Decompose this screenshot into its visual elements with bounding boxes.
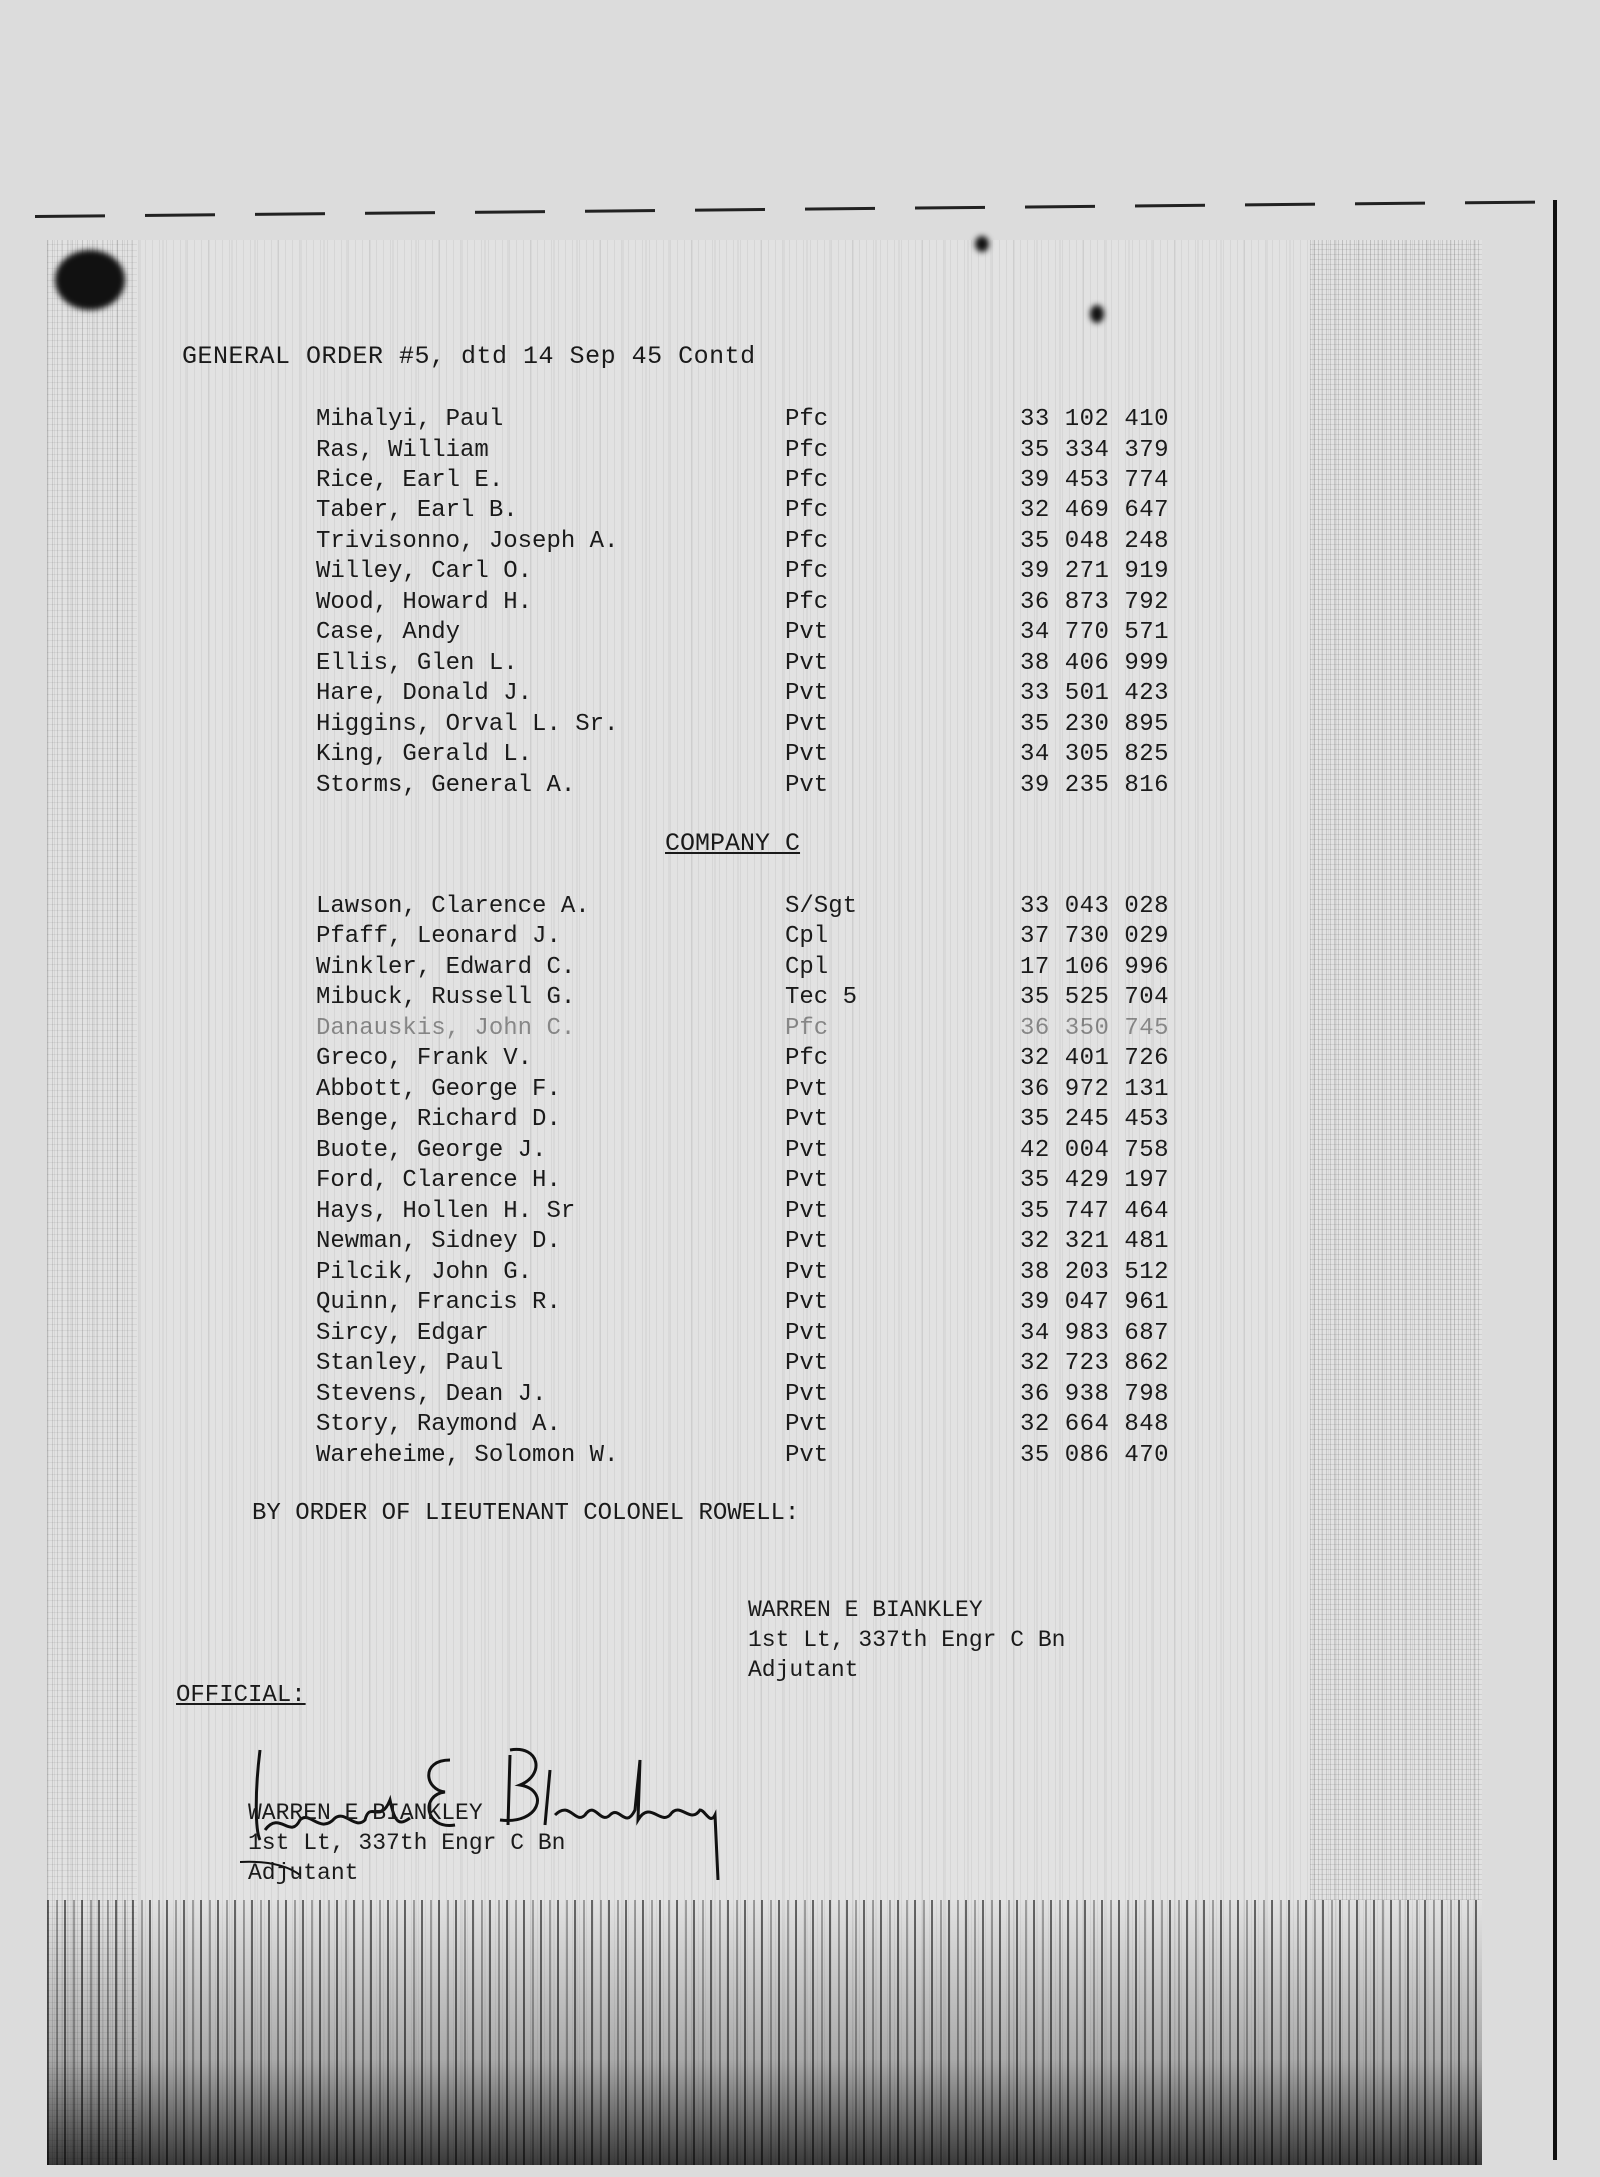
serial-number: 37 730 029 [1020, 923, 1169, 950]
soldier-rank: Pvt [785, 711, 828, 738]
soldier-name: Benge, Richard D. [316, 1106, 561, 1133]
document-heading: GENERAL ORDER #5, dtd 14 Sep 45 Contd [182, 342, 756, 371]
serial-number: 36 873 792 [1020, 589, 1169, 616]
soldier-rank: Pfc [785, 437, 828, 464]
signatory-role: Adjutant [748, 1655, 1065, 1685]
official-label: OFFICIAL: [176, 1682, 306, 1709]
soldier-name: Stanley, Paul [316, 1350, 503, 1377]
soldier-rank: Pvt [785, 1381, 828, 1408]
soldier-name: King, Gerald L. [316, 741, 532, 768]
section-title-company-c: COMPANY C [665, 829, 800, 858]
soldier-rank: Pfc [785, 497, 828, 524]
soldier-rank: Pvt [785, 1228, 828, 1255]
soldier-rank: Cpl [785, 923, 828, 950]
soldier-name: Hays, Hollen H. Sr [316, 1198, 575, 1225]
soldier-rank: Pvt [785, 1259, 828, 1286]
serial-number: 35 525 704 [1020, 984, 1169, 1011]
serial-number: 35 429 197 [1020, 1167, 1169, 1194]
serial-number: 32 723 862 [1020, 1350, 1169, 1377]
soldier-name: Quinn, Francis R. [316, 1289, 561, 1316]
serial-number: 42 004 758 [1020, 1137, 1169, 1164]
soldier-rank: Pfc [785, 589, 828, 616]
soldier-name: Storms, General A. [316, 772, 575, 799]
serial-number: 35 334 379 [1020, 437, 1169, 464]
soldier-rank: Pfc [785, 467, 828, 494]
soldier-name: Mihalyi, Paul [316, 406, 503, 433]
soldier-name: Abbott, George F. [316, 1076, 561, 1103]
signatory-title: 1st Lt, 337th Engr C Bn [748, 1625, 1065, 1655]
serial-number: 35 230 895 [1020, 711, 1169, 738]
soldier-rank: Pvt [785, 1076, 828, 1103]
soldier-rank: Pfc [785, 406, 828, 433]
serial-number: 32 664 848 [1020, 1411, 1169, 1438]
soldier-rank: Pvt [785, 1442, 828, 1469]
soldier-name: Hare, Donald J. [316, 680, 532, 707]
serial-number: 35 245 453 [1020, 1106, 1169, 1133]
soldier-name: Trivisonno, Joseph A. [316, 528, 618, 555]
serial-number: 35 086 470 [1020, 1442, 1169, 1469]
soldier-name: Higgins, Orval L. Sr. [316, 711, 618, 738]
soldier-name: Stevens, Dean J. [316, 1381, 546, 1408]
soldier-name: Ras, William [316, 437, 489, 464]
soldier-name: Ellis, Glen L. [316, 650, 518, 677]
official-signatory-name: WARREN E BIANKLEY [248, 1798, 565, 1828]
soldier-rank: Pvt [785, 650, 828, 677]
soldier-rank: Pvt [785, 741, 828, 768]
serial-number: 33 102 410 [1020, 406, 1169, 433]
serial-number: 39 453 774 [1020, 467, 1169, 494]
soldier-name: Greco, Frank V. [316, 1045, 532, 1072]
serial-number: 38 203 512 [1020, 1259, 1169, 1286]
soldier-rank: Pfc [785, 528, 828, 555]
signature-block: WARREN E BIANKLEY 1st Lt, 337th Engr C B… [748, 1595, 1065, 1685]
soldier-name: Sircy, Edgar [316, 1320, 489, 1347]
serial-number: 39 047 961 [1020, 1289, 1169, 1316]
signatory-name: WARREN E BIANKLEY [748, 1595, 1065, 1625]
serial-number: 34 770 571 [1020, 619, 1169, 646]
soldier-rank: Tec 5 [785, 984, 857, 1011]
soldier-rank: Pvt [785, 1320, 828, 1347]
soldier-rank: Pvt [785, 1289, 828, 1316]
serial-number: 38 406 999 [1020, 650, 1169, 677]
soldier-name: Story, Raymond A. [316, 1411, 561, 1438]
serial-number: 35 747 464 [1020, 1198, 1169, 1225]
serial-number: 36 350 745 [1020, 1015, 1169, 1042]
soldier-rank: Pvt [785, 619, 828, 646]
serial-number: 34 305 825 [1020, 741, 1169, 768]
serial-number: 33 043 028 [1020, 893, 1169, 920]
official-signatory-title: 1st Lt, 337th Engr C Bn [248, 1828, 565, 1858]
by-order-line: BY ORDER OF LIEUTENANT COLONEL ROWELL: [252, 1500, 799, 1527]
soldier-rank: Pvt [785, 1350, 828, 1377]
soldier-rank: Pvt [785, 1167, 828, 1194]
soldier-name: Lawson, Clarence A. [316, 893, 590, 920]
soldier-name: Winkler, Edward C. [316, 954, 575, 981]
soldier-rank: Pvt [785, 1106, 828, 1133]
official-signatory-role: Adjutant [248, 1858, 565, 1888]
soldier-name: Willey, Carl O. [316, 558, 532, 585]
soldier-name: Case, Andy [316, 619, 460, 646]
soldier-name: Ford, Clarence H. [316, 1167, 561, 1194]
soldier-rank: Pfc [785, 558, 828, 585]
soldier-rank: Pvt [785, 680, 828, 707]
soldier-name: Taber, Earl B. [316, 497, 518, 524]
serial-number: 36 972 131 [1020, 1076, 1169, 1103]
soldier-rank: Pvt [785, 1198, 828, 1225]
soldier-name: Mibuck, Russell G. [316, 984, 575, 1011]
serial-number: 17 106 996 [1020, 954, 1169, 981]
soldier-name: Rice, Earl E. [316, 467, 503, 494]
soldier-rank: Pvt [785, 772, 828, 799]
official-signature-block: WARREN E BIANKLEY 1st Lt, 337th Engr C B… [248, 1798, 565, 1888]
soldier-rank: S/Sgt [785, 893, 857, 920]
soldier-name: Buote, George J. [316, 1137, 546, 1164]
general-order-document: GENERAL ORDER #5, dtd 14 Sep 45 Contd Mi… [0, 0, 1600, 2177]
soldier-name: Pilcik, John G. [316, 1259, 532, 1286]
serial-number: 34 983 687 [1020, 1320, 1169, 1347]
soldier-name: Danauskis, John C. [316, 1015, 575, 1042]
serial-number: 32 321 481 [1020, 1228, 1169, 1255]
serial-number: 35 048 248 [1020, 528, 1169, 555]
serial-number: 32 401 726 [1020, 1045, 1169, 1072]
soldier-rank: Pvt [785, 1411, 828, 1438]
serial-number: 33 501 423 [1020, 680, 1169, 707]
soldier-rank: Pvt [785, 1137, 828, 1164]
serial-number: 39 235 816 [1020, 772, 1169, 799]
serial-number: 39 271 919 [1020, 558, 1169, 585]
soldier-name: Wood, Howard H. [316, 589, 532, 616]
soldier-name: Newman, Sidney D. [316, 1228, 561, 1255]
soldier-name: Pfaff, Leonard J. [316, 923, 561, 950]
soldier-name: Wareheime, Solomon W. [316, 1442, 618, 1469]
serial-number: 36 938 798 [1020, 1381, 1169, 1408]
soldier-rank: Cpl [785, 954, 828, 981]
serial-number: 32 469 647 [1020, 497, 1169, 524]
soldier-rank: Pfc [785, 1045, 828, 1072]
soldier-rank: Pfc [785, 1015, 828, 1042]
